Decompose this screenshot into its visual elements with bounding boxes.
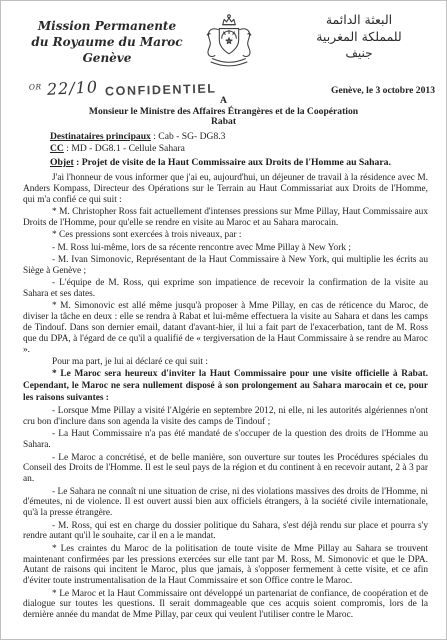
recipients-cc-label: CC bbox=[50, 143, 64, 154]
subject-label: Objet bbox=[50, 157, 74, 168]
letterhead-arabic-line: جنيف bbox=[284, 45, 434, 62]
letterhead-french-line: Mission Permanente bbox=[23, 18, 191, 34]
paragraph: - Le Sahara ne connaît ni une situation … bbox=[23, 487, 428, 520]
dateline: Genève, le 3 octobre 2013 bbox=[331, 85, 435, 96]
paragraph: - Lorsque Mme Pillay a visité l'Algérie … bbox=[23, 406, 428, 428]
paragraph: * M. Simonovic est allé même jusqu'à pro… bbox=[23, 301, 428, 355]
paragraph: * Ces pressions sont exercées à trois ni… bbox=[23, 230, 428, 241]
letterhead-arabic: البعثة الدائمة للمملكة المغربية جنيف bbox=[284, 11, 434, 62]
paragraph: * Les craintes du Maroc de la politisati… bbox=[23, 544, 428, 587]
letterhead-french-line: Genève bbox=[23, 50, 191, 66]
letter-body: J'ai l'honneur de vous informer que j'ai… bbox=[23, 173, 428, 623]
paragraph: * Le Maroc et la Haut Commissaire ont dé… bbox=[23, 589, 428, 622]
paragraph: J'ai l'honneur de vous informer que j'ai… bbox=[23, 173, 428, 206]
paragraph: * M. Christopher Ross fait actuellement … bbox=[23, 207, 428, 229]
paragraph: - M. Ross, qui est en charge du dossier … bbox=[23, 521, 428, 543]
paragraph: - La Haut Commissaire n'a pas été mandat… bbox=[23, 429, 428, 451]
letterhead-french-line: du Royaume du Maroc bbox=[23, 34, 191, 50]
reference-prefix: OR bbox=[29, 82, 42, 92]
moroccan-coat-of-arms-icon bbox=[198, 12, 260, 87]
recipients-block: Destinataires principaux : Cab - SG- DG8… bbox=[50, 131, 428, 154]
address-block: A Monsieur le Ministre des Affaires Étra… bbox=[1, 96, 446, 128]
scanned-letter-page: Mission Permanente du Royaume du Maroc G… bbox=[0, 0, 447, 640]
paragraph: - M. Ivan Simonovic, Représentant de la … bbox=[23, 255, 428, 277]
paragraph: Pour ma part, je lui ai déclaré ce qui s… bbox=[23, 357, 428, 368]
letterhead-arabic-line: البعثة الدائمة bbox=[284, 11, 434, 28]
recipients-primary: Destinataires principaux : Cab - SG- DG8… bbox=[50, 131, 428, 143]
paragraph: - M. Ross lui-même, lors de sa récente r… bbox=[23, 243, 428, 254]
recipients-primary-label: Destinataires principaux bbox=[50, 131, 151, 142]
recipients-primary-value: : Cab - SG- DG8.3 bbox=[151, 131, 226, 142]
subject-value: : Projet de visite de la Haut Commissair… bbox=[74, 157, 391, 168]
recipients-cc-value: : MD - DG8.1 - Cellule Sahara bbox=[64, 143, 185, 154]
address-city: Rabat bbox=[1, 117, 446, 128]
paragraph: - L'équipe de M. Ross, qui exprime son i… bbox=[23, 278, 428, 300]
paragraph: - Le Maroc a concrétisé, et de belle man… bbox=[23, 453, 428, 486]
address-to: A bbox=[1, 96, 446, 107]
paragraph-bold: * Le Maroc sera heureux d'inviter la Hau… bbox=[23, 369, 428, 404]
letterhead-french: Mission Permanente du Royaume du Maroc G… bbox=[23, 18, 191, 66]
letterhead-arabic-line: للمملكة المغربية bbox=[284, 28, 434, 45]
recipients-cc: CC : MD - DG8.1 - Cellule Sahara bbox=[50, 143, 428, 155]
subject-line: Objet : Projet de visite de la Haut Comm… bbox=[50, 157, 428, 168]
